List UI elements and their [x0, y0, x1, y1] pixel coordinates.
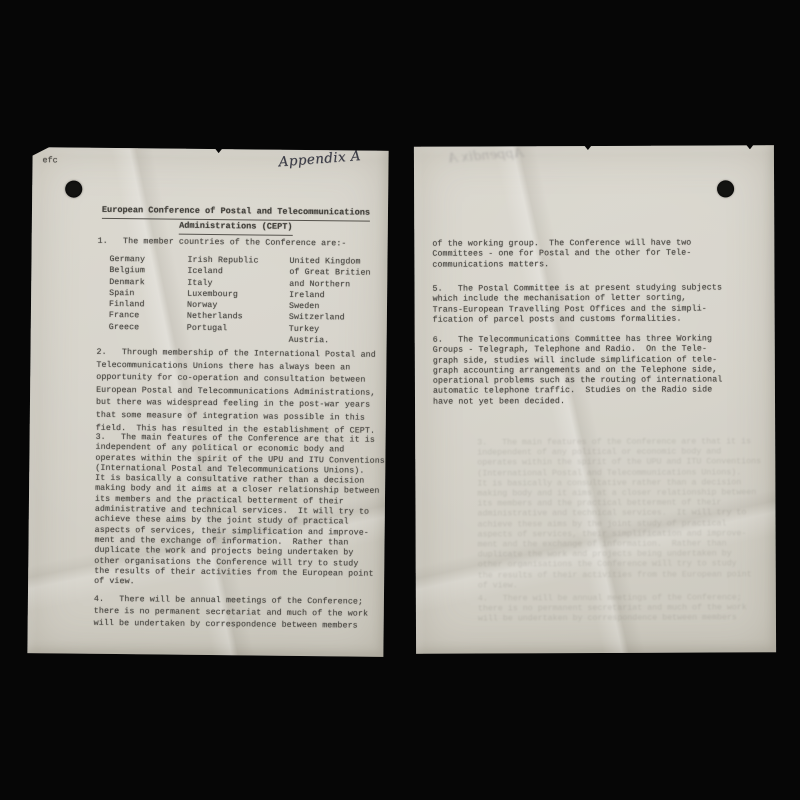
- document-title: European Conference of Postal and Teleco…: [90, 204, 382, 237]
- paragraph-5: 5. The Postal Committee is at present st…: [432, 283, 722, 325]
- edge-notch: [215, 148, 223, 153]
- typist-initials: efc: [42, 156, 57, 165]
- punch-hole: [65, 180, 82, 197]
- document-page-1: efc Appendix A European Conference of Po…: [27, 147, 388, 657]
- typed-showthrough-block: 4. There will be annual meetings of the …: [478, 593, 747, 625]
- member-countries-column-2: Irish Republic Iceland Italy Luxembourg …: [187, 255, 259, 335]
- torn-corner: [32, 146, 51, 156]
- punch-hole: [717, 180, 734, 197]
- paragraph-4: 4. There will be annual meetings of the …: [94, 594, 369, 633]
- paragraph-6: 6. The Telecommunications Committee has …: [433, 334, 723, 407]
- ink-showthrough-annotation: Appendix A: [447, 146, 523, 167]
- paragraph-1: 1. The member countries of the Conferenc…: [98, 236, 347, 251]
- member-countries-column-1: Germany Belgium Denmark Spain Finland Fr…: [109, 254, 145, 333]
- document-page-2: Appendix A of the working group. The Con…: [414, 145, 776, 654]
- title-line-2: Administrations (CEPT): [179, 220, 293, 236]
- title-line-1: European Conference of Postal and Teleco…: [102, 204, 370, 222]
- edge-notch: [584, 145, 592, 150]
- member-countries-column-3: United Kingdom of Great Britien and Nort…: [289, 256, 371, 347]
- paragraph-continuation: of the working group. The Conference wil…: [432, 239, 691, 271]
- typed-showthrough-block: 3. The main features of the Conference a…: [477, 437, 761, 591]
- scan-canvas: { "scene": { "background_color": "#06060…: [0, 0, 800, 800]
- paragraph-2: 2. Through membership of the Internation…: [96, 347, 376, 438]
- paragraph-3: 3. The main features of the Conference a…: [94, 433, 385, 590]
- handwritten-annotation: Appendix A: [278, 148, 361, 170]
- edge-notch: [746, 144, 754, 149]
